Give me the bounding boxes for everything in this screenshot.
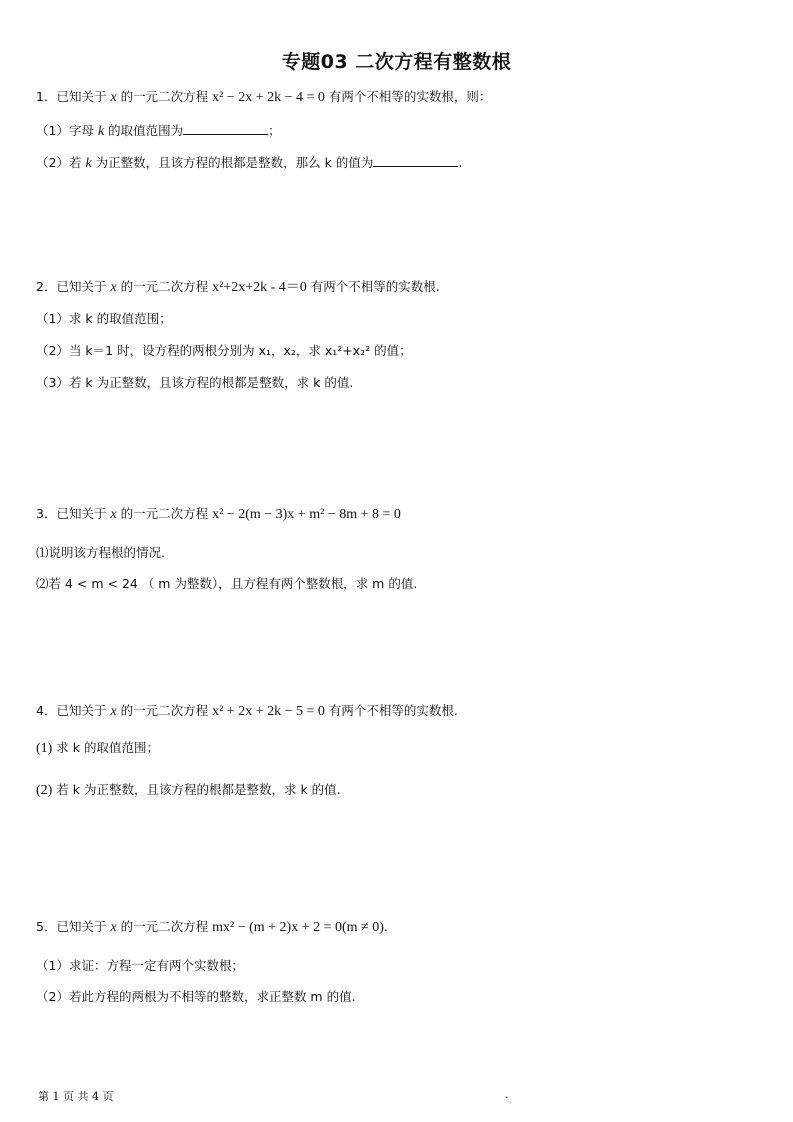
part-label: (1): [36, 741, 52, 756]
problem-3-part-2: ⑵若 4 < m < 24 （ m 为整数），且方程有两个整数根，求 m 的值.: [36, 576, 417, 592]
problem-2-part-1: （1）求 k 的取值范围；: [36, 311, 172, 327]
part-text: 当 k＝1 时，设方程的两根分别为 x₁，x₂，求 x₁²+x₂² 的值；: [69, 343, 412, 358]
stem-text: 有两个不相等的实数根.: [325, 703, 458, 718]
stem-text: .: [384, 919, 388, 934]
part-text: 字母: [69, 123, 98, 138]
problem-5-part-2: （2）若此方程的两根为不相等的整数，求正整数 m 的值.: [36, 989, 356, 1005]
problem-2-stem: 2．已知关于 x 的一元二次方程 x²+2x+2k - 4＝0 有两个不相等的实…: [36, 279, 440, 296]
punctuation: .: [458, 155, 462, 170]
stem-text: 已知关于: [56, 279, 110, 294]
part-text: 为正整数，且该方程的根都是整数，那么 k 的值为: [92, 155, 374, 170]
stem-text: 已知关于: [56, 703, 110, 718]
part-label: （3）: [36, 375, 69, 390]
part-label: ⑵: [36, 576, 49, 591]
footer-dot: .: [505, 1088, 509, 1101]
part-text: 求证：方程一定有两个实数根；: [69, 958, 244, 973]
stem-text: 已知关于: [56, 506, 110, 521]
problem-2-part-3: （3）若 k 为正整数，且该方程的根都是整数，求 k 的值.: [36, 375, 353, 391]
problem-5-stem: 5．已知关于 x 的一元二次方程 mx² − (m + 2)x + 2 = 0(…: [36, 919, 388, 936]
equation: mx² − (m + 2)x + 2 = 0(m ≠ 0): [212, 920, 384, 935]
problem-2-part-2: （2）当 k＝1 时，设方程的两根分别为 x₁，x₂，求 x₁²+x₂² 的值；: [36, 343, 412, 359]
part-text: 若 k 为正整数，且该方程的根都是整数，求 k 的值.: [69, 375, 353, 390]
part-label: ⑴: [36, 545, 49, 560]
stem-text: 已知关于: [56, 919, 110, 934]
part-text: 若 4 < m < 24 （ m 为整数），且方程有两个整数根，求 m 的值.: [49, 576, 418, 591]
part-text: 若: [69, 155, 85, 170]
equation: x² + 2x + 2k − 5 = 0: [212, 704, 325, 719]
problem-number: 5．: [36, 919, 56, 934]
part-label: （1）: [36, 958, 69, 973]
problem-number: 2．: [36, 279, 56, 294]
stem-text: 的一元二次方程: [117, 89, 212, 104]
page-title: 专题03 二次方程有整数根: [0, 47, 793, 74]
problem-5-part-1: （1）求证：方程一定有两个实数根；: [36, 958, 244, 974]
stem-text: 的一元二次方程: [117, 279, 212, 294]
stem-text: 已知关于: [56, 89, 110, 104]
part-label: （2）: [36, 989, 69, 1004]
problem-3-stem: 3．已知关于 x 的一元二次方程 x² − 2(m − 3)x + m² − 8…: [36, 506, 401, 523]
stem-text: 的一元二次方程: [117, 703, 212, 718]
part-text: 求 k 的取值范围；: [52, 740, 159, 755]
punctuation: ；: [268, 123, 281, 138]
part-label: （2）: [36, 343, 69, 358]
stem-text: 有两个不相等的实数根，则：: [325, 89, 491, 104]
part-text: 若 k 为正整数，且该方程的根都是整数，求 k 的值.: [52, 782, 340, 797]
stem-text: 的一元二次方程: [117, 506, 212, 521]
answer-blank[interactable]: [373, 154, 458, 167]
part-text: 说明该方程根的情况.: [49, 545, 165, 560]
problem-1-stem: 1．已知关于 x 的一元二次方程 x² − 2x + 2k − 4 = 0 有两…: [36, 89, 491, 106]
equation: x² − 2(m − 3)x + m² − 8m + 8 = 0: [212, 507, 401, 522]
part-label: （2）: [36, 155, 69, 170]
problem-1-part-1: （1）字母 k 的取值范围为；: [36, 122, 281, 140]
problem-1-part-2: （2）若 k 为正整数，且该方程的根都是整数，那么 k 的值为.: [36, 154, 462, 172]
problem-3-part-1: ⑴说明该方程根的情况.: [36, 545, 165, 561]
part-label: (2): [36, 783, 52, 798]
problem-4-part-1: (1) 求 k 的取值范围；: [36, 740, 159, 757]
part-text: 若此方程的两根为不相等的整数，求正整数 m 的值.: [69, 989, 356, 1004]
problem-number: 3．: [36, 506, 56, 521]
problem-number: 4．: [36, 703, 56, 718]
equation: x² − 2x + 2k − 4 = 0: [212, 90, 325, 105]
part-text: 的取值范围为: [104, 123, 183, 138]
problem-number: 1．: [36, 89, 56, 104]
stem-text: 的一元二次方程: [117, 919, 212, 934]
stem-text: 有两个不相等的实数根.: [307, 279, 440, 294]
answer-blank[interactable]: [183, 122, 268, 135]
problem-4-stem: 4．已知关于 x 的一元二次方程 x² + 2x + 2k − 5 = 0 有两…: [36, 703, 458, 720]
part-text: 求 k 的取值范围；: [69, 311, 172, 326]
page-number: 第 1 页 共 4 页: [38, 1088, 113, 1104]
problem-4-part-2: (2) 若 k 为正整数，且该方程的根都是整数，求 k 的值.: [36, 782, 341, 799]
part-label: （1）: [36, 123, 69, 138]
part-label: （1）: [36, 311, 69, 326]
equation: x²+2x+2k - 4＝0: [212, 280, 307, 295]
